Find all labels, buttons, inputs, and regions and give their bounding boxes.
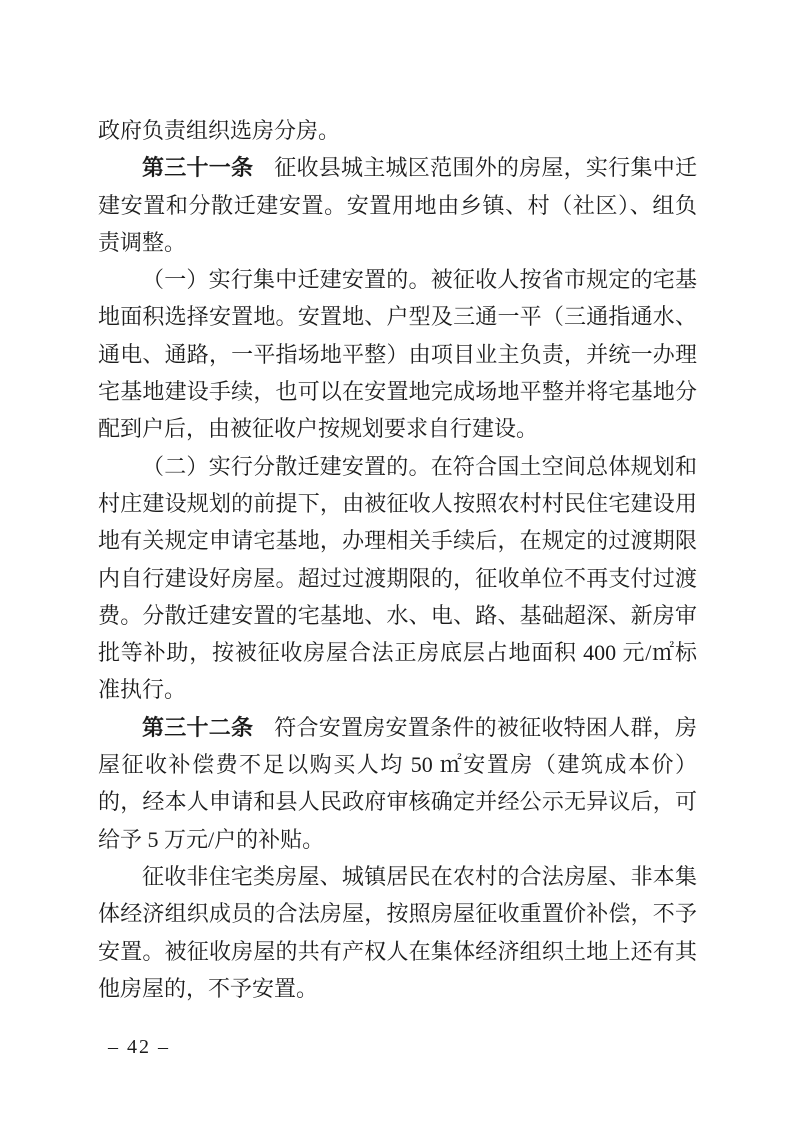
paragraph-article-31: 第三十一条征收县城主城区范围外的房屋，实行集中迁建安置和分散迁建安置。安置用地由…: [98, 149, 697, 261]
paragraph-item-2: （二）实行分散迁建安置的。在符合国土空间总体规划和村庄建设规划的前提下，由被征收…: [98, 448, 697, 709]
paragraph-item-1: （一）实行集中迁建安置的。被征收人按省市规定的宅基地面积选择安置地。安置地、户型…: [98, 261, 697, 447]
article-32-number: 第三十二条: [142, 715, 253, 740]
paragraph-text: （二）实行分散迁建安置的。在符合国土空间总体规划和村庄建设规划的前提下，由被征收…: [98, 454, 697, 703]
paragraph-article-32: 第三十二条符合安置房安置条件的被征收特困人群，房屋征收补偿费不足以购买人均 50…: [98, 709, 697, 858]
paragraph-continuation: 政府负责组织选房分房。: [98, 112, 697, 149]
document-body: 政府负责组织选房分房。 第三十一条征收县城主城区范围外的房屋，实行集中迁建安置和…: [98, 112, 697, 1007]
paragraph-text: 政府负责组织选房分房。: [98, 118, 340, 143]
paragraph-non-residential: 征收非住宅类房屋、城镇居民在农村的合法房屋、非本集体经济组织成员的合法房屋，按照…: [98, 858, 697, 1007]
paragraph-text: 征收非住宅类房屋、城镇居民在农村的合法房屋、非本集体经济组织成员的合法房屋，按照…: [98, 864, 697, 1001]
page-number: – 42 –: [108, 1036, 170, 1059]
document-page: 政府负责组织选房分房。 第三十一条征收县城主城区范围外的房屋，实行集中迁建安置和…: [0, 0, 793, 1122]
article-31-number: 第三十一条: [142, 155, 253, 180]
paragraph-text: （一）实行集中迁建安置的。被征收人按省市规定的宅基地面积选择安置地。安置地、户型…: [98, 267, 697, 441]
